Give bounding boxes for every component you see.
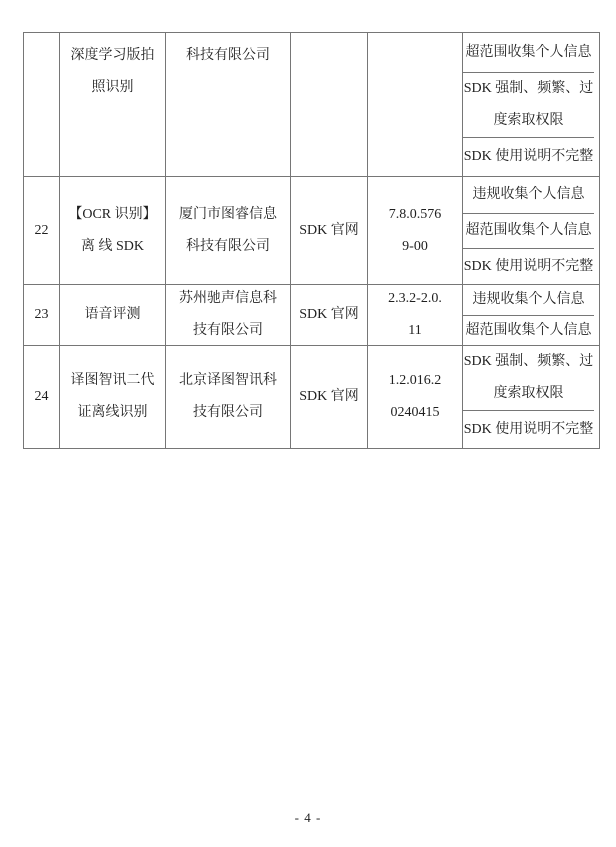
cell-sdk-name: 译图智讯二代 证离线识别 [59,346,165,448]
violation-item: 超范围收集个人信息 [463,315,594,345]
cell-violations: 违规收集个人信息 超范围收集个人信息 [462,285,594,345]
cell-index [24,33,59,176]
violation-item: 超范围收集个人信息 [463,33,594,72]
cell-sdk-name: 深度学习版拍 照识别 [59,33,165,176]
cell-violations: 超范围收集个人信息 SDK 强制、频繁、过 度索取权限 SDK 使用说明不完整 [462,33,594,176]
cell-download-channel: SDK 官网 [290,285,367,345]
document-page: 深度学习版拍 照识别 科技有限公司 超范围收集个人信息 SDK 强制、频繁、过 … [0,0,616,847]
violation-item: SDK 使用说明不完整 [463,137,594,176]
sdk-violation-table: 深度学习版拍 照识别 科技有限公司 超范围收集个人信息 SDK 强制、频繁、过 … [23,32,600,449]
table-row-continued: 深度学习版拍 照识别 科技有限公司 超范围收集个人信息 SDK 强制、频繁、过 … [24,33,599,176]
cell-index: 24 [24,346,59,448]
violation-item: SDK 使用说明不完整 [463,410,594,448]
cell-version: 2.3.2-2.0. 11 [367,285,462,345]
cell-company: 北京译图智讯科 技有限公司 [165,346,290,448]
cell-company: 厦门市图睿信息 科技有限公司 [165,177,290,284]
cell-sdk-name: 语音评测 [59,285,165,345]
violation-item: 超范围收集个人信息 [463,213,594,248]
cell-version: 1.2.016.2 0240415 [367,346,462,448]
table-row-22: 22 【OCR 识别】 离 线 SDK 厦门市图睿信息 科技有限公司 SDK 官… [24,176,599,284]
cell-company: 科技有限公司 [165,33,290,176]
cell-violations: SDK 强制、频繁、过 度索取权限 SDK 使用说明不完整 [462,346,594,448]
violation-item: 违规收集个人信息 [463,177,594,213]
cell-sdk-name: 【OCR 识别】 离 线 SDK [59,177,165,284]
violation-item: 违规收集个人信息 [463,285,594,315]
table-row-23: 23 语音评测 苏州驰声信息科 技有限公司 SDK 官网 2.3.2-2.0. … [24,284,599,345]
cell-index: 23 [24,285,59,345]
table-row-24: 24 译图智讯二代 证离线识别 北京译图智讯科 技有限公司 SDK 官网 1.2… [24,345,599,448]
cell-violations: 违规收集个人信息 超范围收集个人信息 SDK 使用说明不完整 [462,177,594,284]
cell-download-channel: SDK 官网 [290,177,367,284]
cell-version [367,33,462,176]
cell-download-channel [290,33,367,176]
violation-item: SDK 强制、频繁、过 度索取权限 [463,72,594,137]
page-number: - 4 - [0,809,616,827]
cell-version: 7.8.0.576 9-00 [367,177,462,284]
cell-download-channel: SDK 官网 [290,346,367,448]
violation-item: SDK 强制、频繁、过 度索取权限 [463,346,594,410]
violation-item: SDK 使用说明不完整 [463,248,594,284]
cell-company: 苏州驰声信息科 技有限公司 [165,285,290,345]
cell-index: 22 [24,177,59,284]
